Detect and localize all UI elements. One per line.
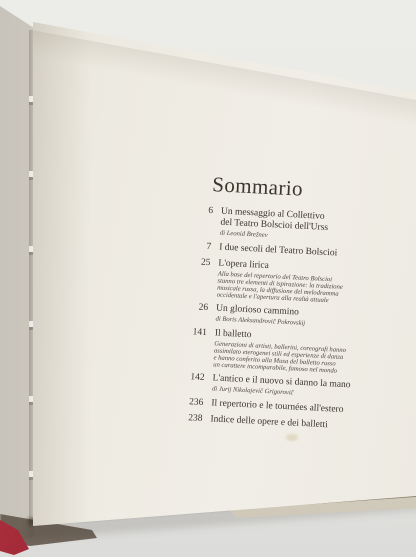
toc-entry-page-number: 238 — [158, 412, 210, 426]
toc-entry-body: Un messaggio al Collettivo del Teatro Bo… — [220, 207, 329, 243]
toc-entry-body: L'opera lirica Alla base del repertorio … — [217, 259, 344, 305]
table-of-contents: Sommario 6 Un messaggio al Collettivo de… — [158, 170, 411, 440]
toc-entry-title: I due secoli del Teatro Bolscioi — [219, 243, 338, 260]
toc-entry-page-number: 236 — [159, 396, 211, 410]
toc-entry-body: Indice delle opere e dei balletti — [210, 414, 328, 431]
toc-entry: 141 Il balletto Generazioni di artisti, … — [161, 326, 403, 378]
book-photo: Sommario 6 Un messaggio al Collettivo de… — [0, 0, 416, 557]
toc-entry: 25 L'opera lirica Alla base del repertor… — [165, 256, 407, 308]
toc-entry-description: Alla base del repertorio del Teatro Bols… — [217, 271, 344, 305]
toc-entry-body: Il repertorio e le tournées all'estero — [211, 398, 344, 416]
toc-entry-page-number: 141 — [161, 326, 215, 369]
toc-entry-title: Indice delle opere e dei balletti — [210, 414, 328, 431]
toc-entry-description: Generazioni di artisti, ballerini, coreo… — [213, 340, 346, 375]
toc-entry-page-number: 25 — [165, 256, 219, 299]
toc-entry: 6 Un messaggio al Collettivo del Teatro … — [168, 204, 409, 247]
paper-stain — [286, 434, 298, 441]
sommario-page: Sommario 6 Un messaggio al Collettivo de… — [0, 0, 416, 557]
toc-entry-title: Il repertorio e le tournées all'estero — [211, 398, 344, 416]
toc-entry-page-number: 7 — [167, 240, 219, 254]
gutter-shadow — [33, 0, 91, 557]
toc-entry-page-number: 26 — [163, 301, 216, 324]
toc-entry-body: L'antico e il nuovo si danno la mano di … — [212, 373, 351, 400]
toc-entry-body: I due secoli del Teatro Bolscioi — [219, 243, 338, 260]
toc-entry-body: Un glorioso cammino di Boris Aleksandrov… — [215, 303, 306, 328]
toc-entry-body: Il balletto Generazioni di artisti, ball… — [213, 328, 347, 375]
toc-entry-page-number: 142 — [160, 371, 213, 394]
toc-entry-page-number: 6 — [168, 204, 222, 238]
